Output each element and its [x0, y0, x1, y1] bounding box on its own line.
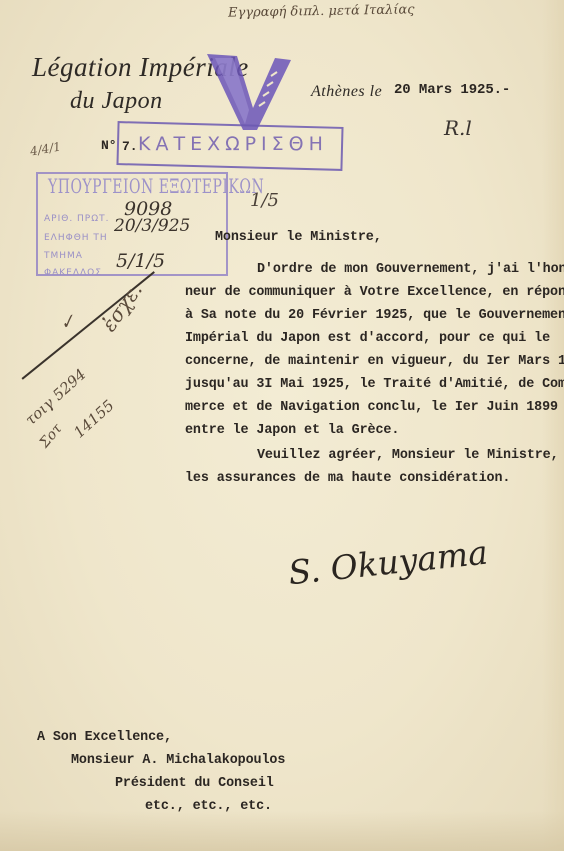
v-stamp-icon — [205, 52, 295, 132]
addressee-etc: etc., etc., etc. — [145, 795, 272, 819]
letterhead-line2: du Japon — [70, 88, 163, 115]
body-line: entre le Japon et la Grèce. — [185, 419, 399, 443]
reference-number-value: 7. — [122, 139, 138, 154]
registry-folder: 5/1/5 — [116, 250, 165, 272]
registry-row-label: ΦΑΚΕΛΛΟΣ — [44, 268, 102, 278]
place-label: Athènes le — [311, 83, 382, 101]
reference-number-label: N° — [101, 138, 117, 153]
registry-received-date: 20/3/925 — [114, 216, 190, 236]
paper-bottom-shadow — [0, 811, 564, 851]
salutation: Monsieur le Ministre, — [215, 226, 382, 250]
closing-line: Veuillez agréer, Monsieur le Ministre, — [257, 444, 559, 468]
body-line: merce et de Navigation conclu, le Ier Ju… — [185, 396, 558, 420]
signature: S. Okuyama — [287, 533, 490, 593]
top-handwritten-note: Εγγραφή διπλ. μετά Ιταλίας — [228, 2, 415, 20]
addressee-line1: A Son Excellence, — [37, 726, 172, 750]
margin-note-ref3: Σοτ — [37, 421, 66, 451]
margin-note-sent: ἐσχε. — [97, 278, 147, 336]
registry-row-label: ΑΡΙΘ. ΠΡΩΤ. — [44, 214, 109, 224]
addressee-name: Monsieur A. Michalakopoulos — [71, 749, 285, 773]
body-line: neur de communiquer à Votre Excellence, … — [185, 281, 564, 305]
addressee-title: Président du Conseil — [115, 772, 274, 796]
registry-row-label: ΤΜΗΜΑ — [44, 251, 83, 261]
closing-line: les assurances de ma haute considération… — [185, 467, 510, 491]
filed-stamp-text: ΚΑΤΕΧΩΡΙΣΘΗ — [138, 133, 328, 155]
letter-date: 20 Mars 1925.- — [394, 79, 510, 103]
body-line: D'ordre de mon Gouvernement, j'ai l'hon- — [257, 258, 564, 282]
registry-row-label: ΕΛΗΦΘΗ ΤΗ — [44, 233, 108, 243]
check-mark-icon: ✓ — [57, 310, 78, 335]
body-line: Impérial du Japon est d'accord, pour ce … — [185, 327, 550, 351]
body-line: à Sa note du 20 Février 1925, que le Gou… — [185, 304, 564, 328]
registry-stamp-title: ΥΠΟΥΡΓΕΙΟΝ ΕΞΩΤΕΡΙΚΩΝ — [48, 176, 264, 198]
body-line: jusqu'au 3I Mai 1925, le Traité d'Amitié… — [185, 373, 564, 397]
initials-mark: R.l — [444, 116, 472, 140]
margin-note-topleft: 4/4/1 — [29, 139, 62, 158]
body-line: concerne, de maintenir en vigueur, du Ie… — [185, 350, 564, 374]
margin-note-center: 1/5 — [250, 190, 279, 211]
paper-edge-shadow — [542, 0, 564, 851]
letter-page: Εγγραφή διπλ. μετά Ιταλίας Légation Impé… — [0, 0, 564, 851]
margin-note-ref2: 14155 — [70, 396, 118, 441]
